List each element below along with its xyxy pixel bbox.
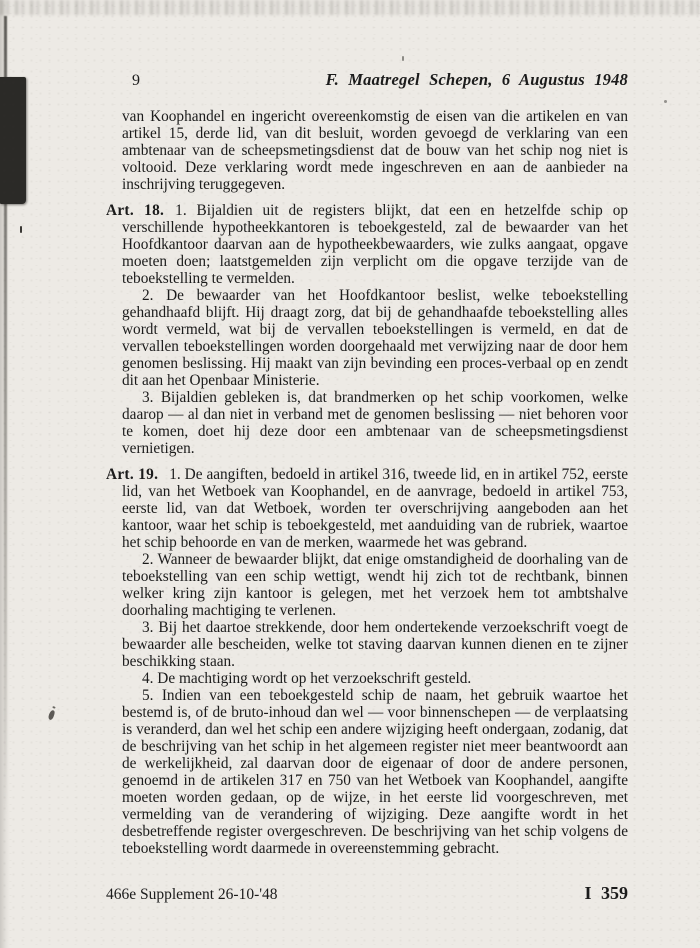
body-paragraph: 2. Wanneer de bewaarder blijkt, dat enig… <box>122 551 628 619</box>
scan-noise-band <box>0 0 700 15</box>
page-header: 9 F. Maatregel Schepen, 6 Augustus 1948 <box>106 70 628 90</box>
ink-speck <box>20 226 22 233</box>
running-title: F. Maatregel Schepen, 6 Augustus 1948 <box>326 70 628 90</box>
text-body: van Koophandel en ingericht overeenkomst… <box>122 108 628 857</box>
body-paragraph: 2. De bewaarder van het Hoofdkantoor bes… <box>122 287 628 389</box>
article-label: Art. 18. <box>106 202 164 219</box>
scanned-page: 9 F. Maatregel Schepen, 6 Augustus 1948 … <box>0 0 700 948</box>
supplement-note: 466e Supplement 26-10-'48 <box>106 886 278 904</box>
body-paragraph: 5. Indien van een teboekgesteld schip de… <box>122 687 628 857</box>
article-label: Art. 19. <box>106 466 158 483</box>
article-paragraph: Art. 19.1. De aangiften, bedoeld in arti… <box>122 466 628 551</box>
body-paragraph: 4. De machtiging wordt op het verzoeksch… <box>122 670 628 687</box>
article-paragraph: Art. 18.1. Bijaldien uit de registers bl… <box>122 202 628 287</box>
ink-speck <box>664 100 667 103</box>
ink-speck <box>48 709 56 720</box>
body-paragraph: 3. Bijaldien gebleken is, dat brandmerke… <box>122 389 628 457</box>
page-footer: 466e Supplement 26-10-'48 I 359 <box>106 883 628 904</box>
body-paragraph: van Koophandel en ingericht overeenkomst… <box>122 108 628 193</box>
ink-speck <box>402 56 404 61</box>
page-number: 9 <box>132 72 140 90</box>
binder-tab-mark <box>0 77 26 204</box>
body-paragraph: 3. Bij het daartoe strekkende, door hem … <box>122 619 628 670</box>
section-page-ref: I 359 <box>584 883 628 904</box>
